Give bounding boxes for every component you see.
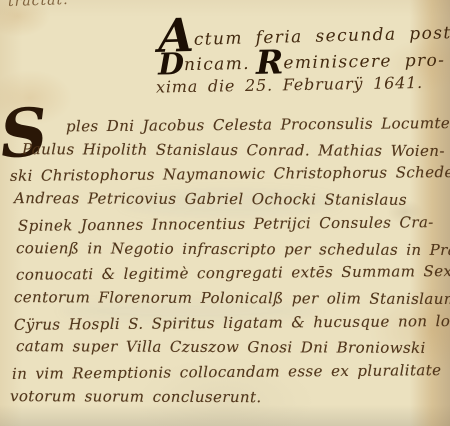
body-line: Andreas Petricovius Gabriel Ochocki Stan… bbox=[8, 186, 438, 213]
entry-body: ples Dni Jacobus Celesta Proconsulis Loc… bbox=[8, 113, 438, 409]
body-line: couienß in Negotio infrascripto per sche… bbox=[8, 236, 438, 263]
body-line: centorum Florenorum Polonicalß per olim … bbox=[8, 285, 438, 312]
heading-line-2-text-a: nicam. bbox=[184, 54, 250, 75]
body-line: ski Christophorus Naymanowic Christophor… bbox=[8, 161, 438, 189]
body-line: Paulus Hipolith Stanislaus Conrad. Mathi… bbox=[8, 137, 438, 164]
body-line: Cÿrus Hospli S. Spiritus ligatam & hucus… bbox=[8, 309, 438, 337]
manuscript-page: tractat. Actum feria secunda post Dnicam… bbox=[0, 0, 450, 426]
body-line: ples Dni Jacobus Celesta Proconsulis Loc… bbox=[8, 111, 438, 139]
body-line: Spinek Joannes Innocentius Petrijci Cons… bbox=[8, 210, 438, 238]
heading-line-3: xima die 25. Februarÿ 1641. bbox=[156, 73, 450, 97]
body-line: conuocati & legitimè congregati extēs Su… bbox=[8, 259, 438, 287]
entry-heading: Actum feria secunda post Dnicam.Reminisc… bbox=[158, 12, 450, 94]
heading-line-2-text-b: eminiscere pro- bbox=[283, 51, 445, 74]
body-line: votorum suorum concluserunt. bbox=[8, 384, 438, 411]
previous-entry-fragment: tractat. bbox=[8, 0, 69, 10]
body-line: in vim Reemptionis collocandam esse ex p… bbox=[8, 358, 438, 386]
body-line: catam super Villa Czuszow Gnosi Dni Bron… bbox=[8, 334, 438, 361]
